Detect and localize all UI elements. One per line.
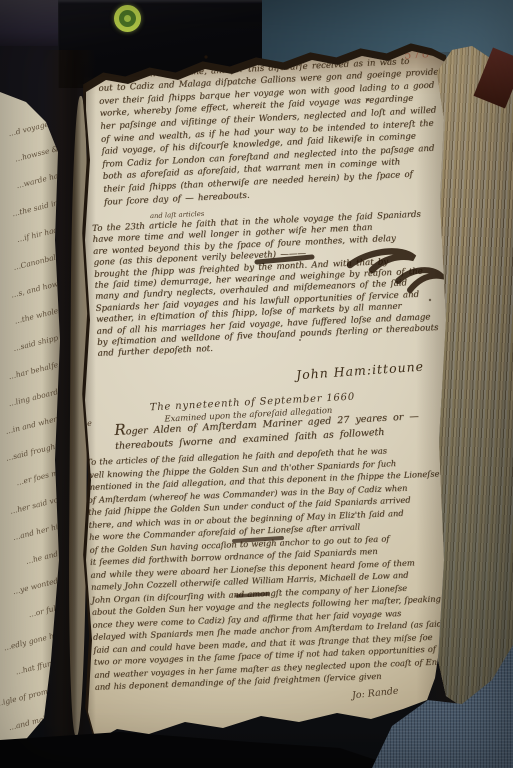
green-dot-sticker [114, 5, 141, 32]
notary-signature: John Ham:ittoune [296, 359, 425, 383]
handwritten-paragraph-3: To the articles of the ſaid allegation h… [86, 442, 470, 694]
book-photo: …d voyage of…howsse &…warde ha…the said … [0, 0, 513, 768]
sticker-center [124, 15, 131, 22]
clerk-paraph: Jo: Rande [352, 686, 400, 702]
handwritten-paragraph-2: To the 23th article he ſaith that in the… [92, 209, 439, 361]
